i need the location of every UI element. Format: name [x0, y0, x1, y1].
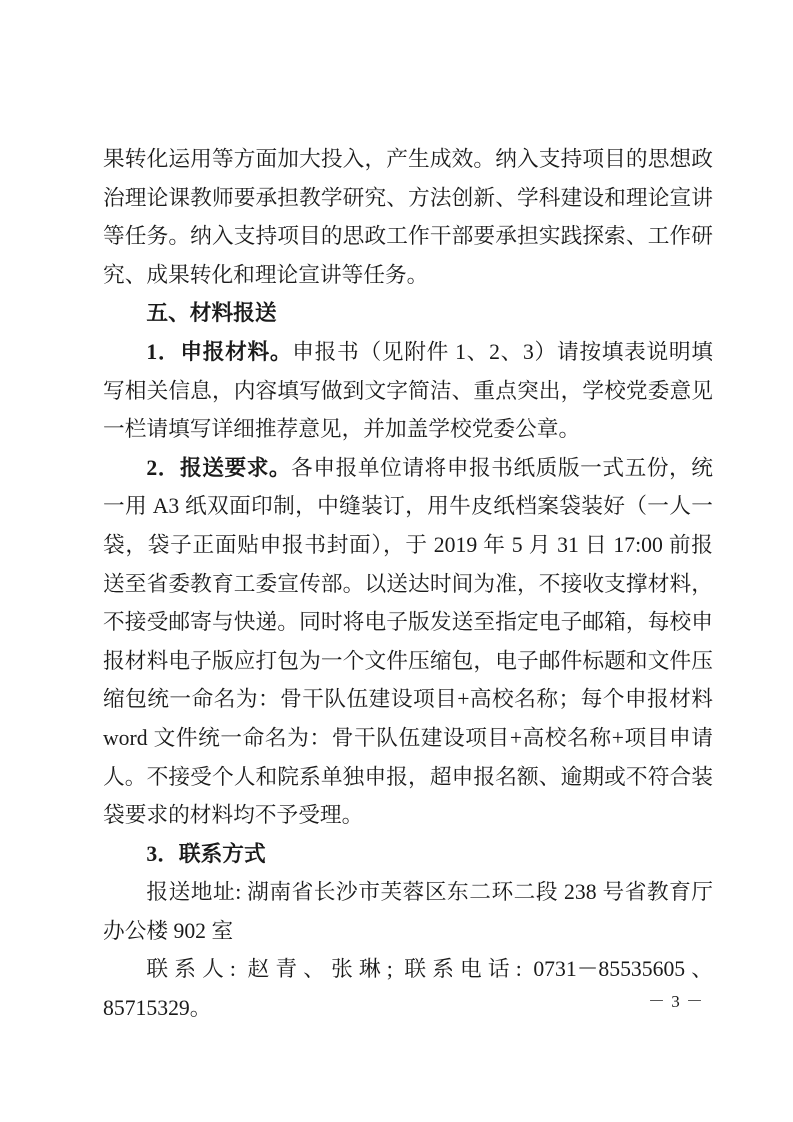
page-number: － 3 －	[648, 990, 704, 1014]
item2-label: 2．报送要求。	[146, 456, 291, 480]
item3-heading-contact-info: 3．联系方式	[103, 835, 713, 874]
item1-label: 1．申报材料。	[146, 340, 292, 364]
item2-text: 各申报单位请将申报书纸质版一式五份，统一用 A3 纸双面印制，中缝装订，用牛皮纸…	[103, 456, 713, 827]
paragraph-item1: 1．申报材料。申报书（见附件 1、2、3）请按填表说明填写相关信息，内容填写做到…	[103, 333, 713, 449]
document-page: 果转化运用等方面加大投入，产生成效。纳入支持项目的思想政治理论课教师要承担教学研…	[0, 0, 793, 1122]
contact-phone-line: 联系人: 赵青、张琳; 联系电话: 0731－85535605、85715329…	[103, 950, 713, 1027]
document-body: 果转化运用等方面加大投入，产生成效。纳入支持项目的思想政治理论课教师要承担教学研…	[103, 140, 713, 1028]
contact-address-line: 报送地址: 湖南省长沙市芙蓉区东二环二段 238 号省教育厅办公楼 902 室	[103, 873, 713, 950]
paragraph-continuation: 果转化运用等方面加大投入，产生成效。纳入支持项目的思想政治理论课教师要承担教学研…	[103, 140, 713, 294]
paragraph-item2: 2．报送要求。各申报单位请将申报书纸质版一式五份，统一用 A3 纸双面印制，中缝…	[103, 449, 713, 835]
section-heading-material-submission: 五、材料报送	[103, 294, 713, 333]
